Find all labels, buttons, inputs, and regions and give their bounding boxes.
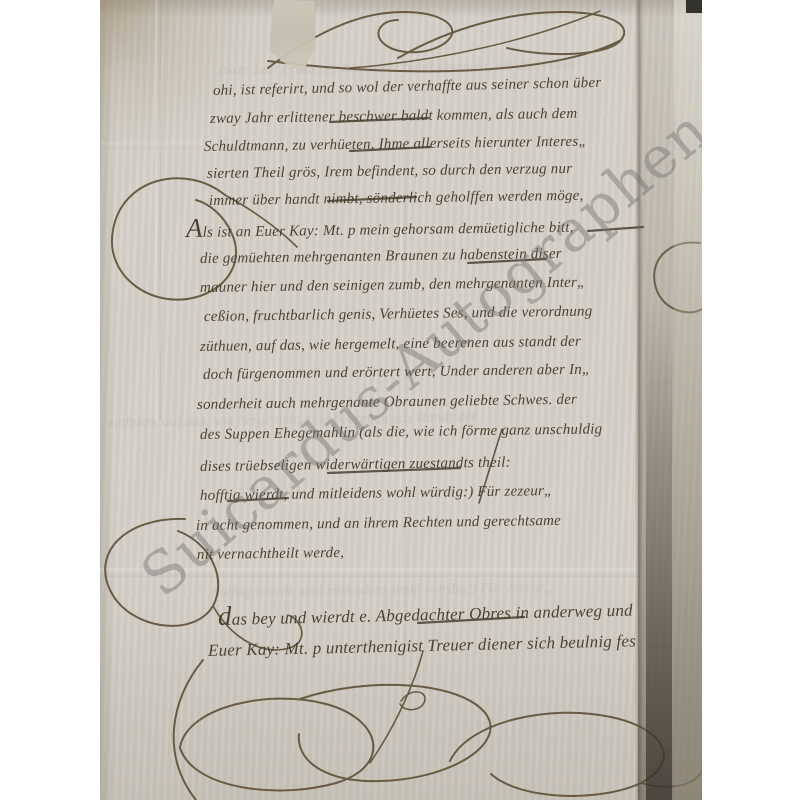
manuscript-line: nit vernachtheilt werde, xyxy=(197,546,344,563)
screenshot-canvas: zway Jahr erlittener beschwer baldt komm… xyxy=(0,0,800,800)
background-notch xyxy=(686,0,702,13)
manuscript-photo[interactable]: zway Jahr erlittener beschwer baldt komm… xyxy=(100,0,702,800)
